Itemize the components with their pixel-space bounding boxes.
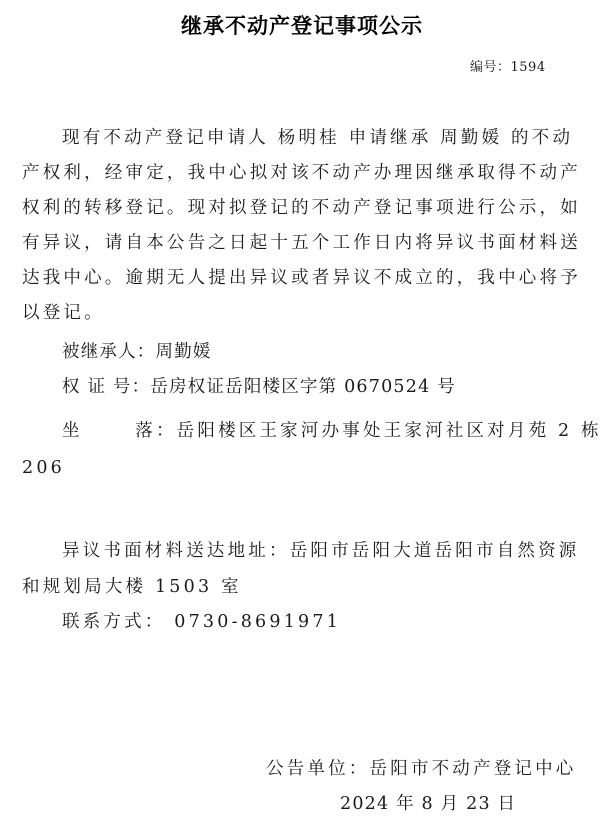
- certificate-field: 权 证 号：岳房权证岳阳楼区字第 0670524 号: [62, 375, 456, 399]
- document-number: 编号：1594: [470, 56, 546, 75]
- issue-date: 2024 年 8 月 23 日: [340, 792, 516, 816]
- decedent-field: 被继承人：周勤媛: [62, 340, 212, 364]
- issuer: 公告单位：岳阳市不动产登记中心: [266, 757, 577, 781]
- body-line-1: 现有不动产登记申请人 杨明桂 申请继承 周勤媛 的不动: [62, 126, 573, 150]
- location-field-cont: 206: [22, 456, 65, 480]
- body-line-4: 有异议，请自本公告之日起十五个工作日内将异议书面材料送: [22, 231, 581, 255]
- contact-phone: 联系方式： 0730-8691971: [62, 610, 341, 634]
- body-line-2: 产权利，经审定，我中心拟对该不动产办理因继承取得不动产: [22, 161, 581, 185]
- document-title: 继承不动产登记事项公示: [0, 10, 604, 40]
- body-line-6: 以登记。: [22, 301, 105, 325]
- body-line-3: 权利的转移登记。现对拟登记的不动产登记事项进行公示，如: [22, 196, 581, 220]
- location-field: 坐 落：岳阳楼区王家河办事处王家河社区对月苑 2 栋: [62, 419, 602, 443]
- body-line-5: 达我中心。逾期无人提出异议或者异议不成立的，我中心将予: [22, 266, 581, 290]
- objection-address: 异议书面材料送达地址：岳阳市岳阳大道岳阳市自然资源: [62, 539, 580, 563]
- objection-address-cont: 和规划局大楼 1503 室: [22, 575, 242, 599]
